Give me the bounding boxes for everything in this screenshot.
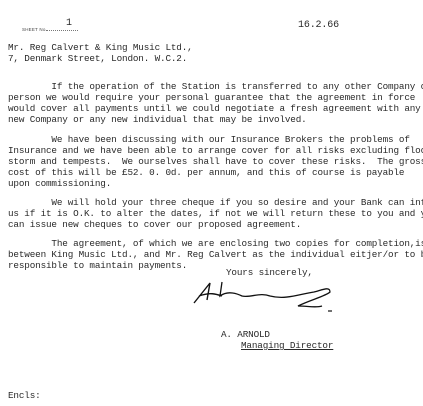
paragraph-1-line: new Company or any new individual that m… xyxy=(8,114,307,125)
paragraph-1-line: If the operation of the Station is trans… xyxy=(8,81,423,92)
paragraph-2-line: upon commissioning. xyxy=(8,178,111,189)
signature-icon xyxy=(190,278,380,328)
letter-date: 16.2.66 xyxy=(298,20,339,31)
paragraph-3-line: us if it is O.K. to alter the dates, if … xyxy=(8,208,423,219)
sheet-number: 1 xyxy=(66,18,72,29)
paragraph-2-line: Insurance and we have been able to arran… xyxy=(8,145,423,156)
paragraph-2-line: We have been discussing with our Insuran… xyxy=(8,134,410,145)
salutation: Yours sincerely, xyxy=(226,267,313,278)
paragraph-2-line: cost of this will be £52. 0. 0d. per ann… xyxy=(8,167,404,178)
letter-page: SHEET No. 1 16.2.66 Mr. Reg Calvert & Ki… xyxy=(0,0,423,406)
paragraph-1-line: would cover all payments until we could … xyxy=(8,103,421,114)
paragraph-2-line: storm and tempests. We ourselves shall h… xyxy=(8,156,423,167)
signatory-title: Managing Director xyxy=(241,340,333,351)
sheet-number-line xyxy=(46,30,78,31)
paragraph-4-line: responsible to maintain payments. xyxy=(8,260,187,271)
paragraph-4-line: The agreement, of which we are enclosing… xyxy=(8,238,423,249)
paragraph-3-line: can issue new cheques to cover our propo… xyxy=(8,219,301,230)
paragraph-4-line: between King Music Ltd., and Mr. Reg Cal… xyxy=(8,249,423,260)
paragraph-1-line: person we would require your personal gu… xyxy=(8,92,415,103)
addressee-line-2: 7, Denmark Street, London. W.C.2. xyxy=(8,53,187,64)
sheet-label: SHEET No. xyxy=(22,27,47,32)
paragraph-3-line: We will hold your three cheque if you so… xyxy=(8,197,423,208)
signatory-name: A. ARNOLD xyxy=(221,329,270,340)
addressee-line-1: Mr. Reg Calvert & King Music Ltd., xyxy=(8,42,193,53)
enclosures-note: Encls: xyxy=(8,390,41,401)
